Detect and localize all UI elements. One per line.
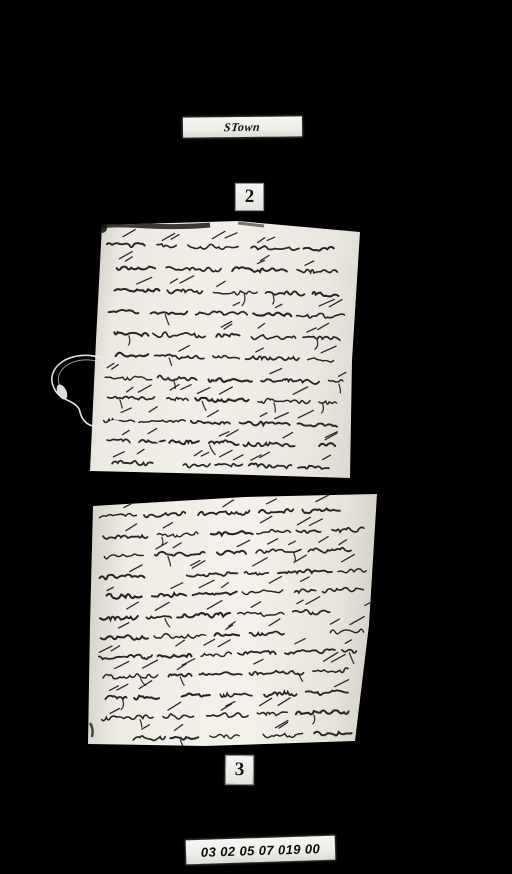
manuscript-page-bottom: [85, 485, 380, 747]
microfilm-photograph: STown 2 3 03 02 05 07 019 00: [0, 0, 512, 874]
catalog-code-label: 03 02 05 07 019 00: [186, 836, 336, 865]
frame-number-card-top: 2: [235, 183, 264, 211]
frame-number-top-text: 2: [245, 186, 255, 208]
film-title-text: STown: [224, 119, 262, 134]
film-title-label: STown: [183, 116, 302, 137]
frame-number-bottom-text: 3: [235, 759, 245, 781]
binding-thread: [40, 340, 180, 460]
catalog-code-text: 03 02 05 07 019 00: [201, 841, 321, 860]
page-corner-mark: [85, 485, 380, 747]
frame-number-card-bottom: 3: [225, 755, 254, 785]
